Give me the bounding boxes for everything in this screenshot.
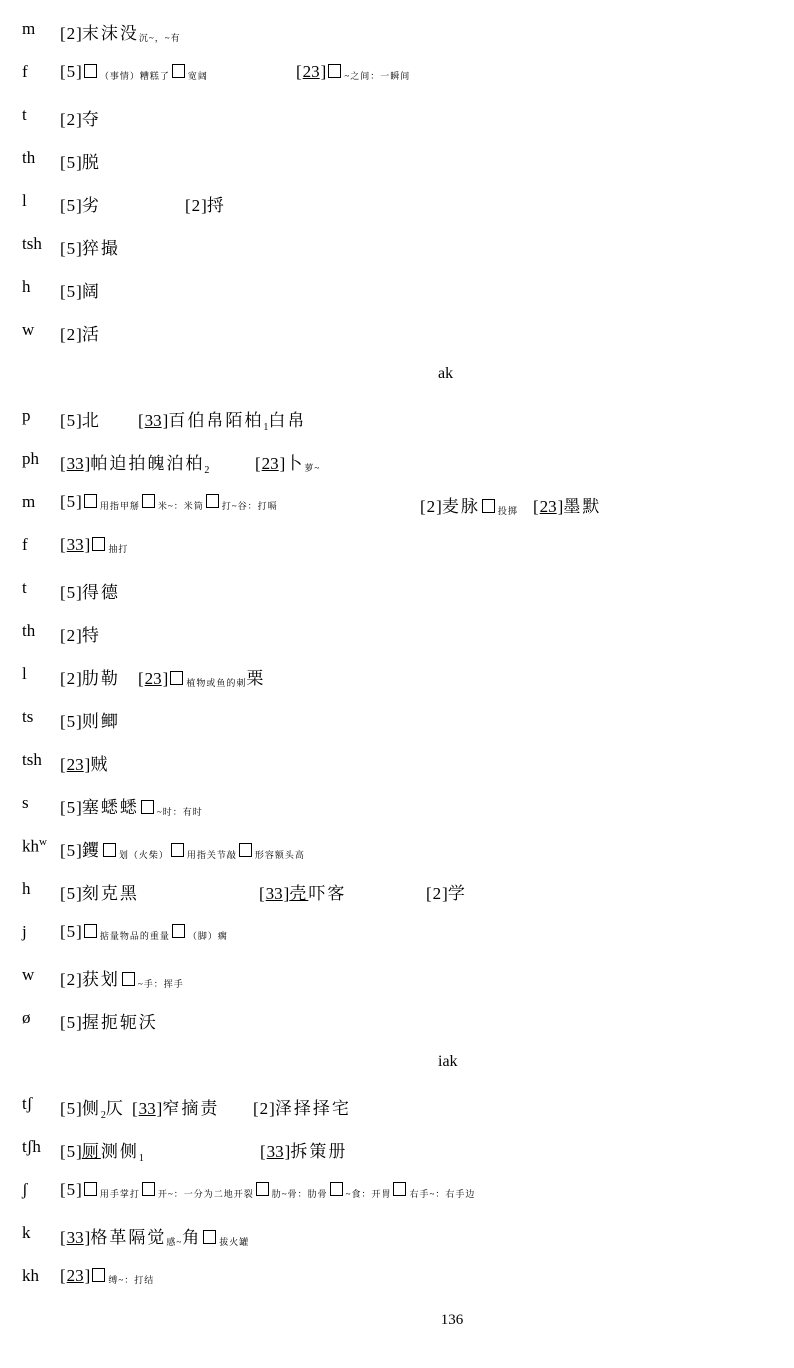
tone-number: [5]	[60, 153, 82, 172]
gloss-note: 掂量物品的重量	[100, 931, 170, 941]
tone-digits: 2	[66, 669, 77, 688]
tone-digits: 5	[66, 1180, 77, 1199]
entry-row: f[5]（事情）糟糕了宽阔[23]~之间：一瞬间	[0, 55, 794, 98]
initial-label: ph	[22, 449, 39, 469]
characters: 捋	[207, 196, 226, 215]
initial-label: w	[22, 320, 34, 340]
tone-number: [33]	[60, 1228, 90, 1247]
characters: 肋勒	[82, 669, 120, 688]
characters: 获划	[82, 970, 120, 989]
initial-label: p	[22, 406, 31, 426]
missing-char-box	[206, 494, 219, 508]
tone-digits: 2	[66, 325, 77, 344]
tone-digits: 23	[302, 62, 321, 81]
tone-number: [5]	[60, 282, 82, 301]
tone-number: [5]	[60, 884, 82, 903]
characters: 测侧	[101, 1142, 139, 1161]
tone-number: [5]	[60, 1180, 82, 1199]
missing-char-box	[170, 671, 183, 685]
tone-number: [5]	[60, 492, 82, 511]
entry: [2]捋	[185, 191, 226, 216]
tone-number: [2]	[426, 884, 448, 903]
tone-number: [2]	[60, 669, 82, 688]
characters: 夺	[82, 110, 101, 129]
gloss-note: 肋~骨：肋骨	[272, 1189, 328, 1199]
gloss-note: 感~	[166, 1237, 182, 1247]
tone-digits: 5	[66, 62, 77, 81]
character-underlined: 厕	[82, 1142, 101, 1161]
entry-row: ph[33]帕迫拍魄泊柏2[23]卜萝~	[0, 442, 794, 485]
entry: [33]拆策册	[260, 1137, 347, 1162]
tone-number: [2]	[60, 970, 82, 989]
entry: [5]钁划（火柴）用指关节敲形容额头高	[60, 836, 305, 861]
tone-number: [5]	[60, 712, 82, 731]
entry-row: w[2]活	[0, 313, 794, 356]
entry: [33]百伯帛陌柏1白帛	[138, 406, 306, 433]
entry: [33]壳吓客	[259, 879, 346, 904]
characters: 泽择择宅	[275, 1099, 351, 1118]
tone-number: [5]	[60, 239, 82, 258]
character-underlined: 壳	[289, 884, 308, 903]
entry: [33]格革隔觉感~角拔火罐	[60, 1223, 249, 1248]
tone-digits: 2	[66, 110, 77, 129]
initial-label: tʃh	[22, 1137, 41, 1157]
tone-digits: 33	[266, 1142, 285, 1161]
entry-row: h[5]阔	[0, 270, 794, 313]
entry: [5]握扼轭沃	[60, 1008, 158, 1033]
tone-digits: 5	[66, 492, 77, 511]
missing-char-box	[141, 800, 154, 814]
entry-row: ø[5]握扼轭沃	[0, 1001, 794, 1044]
initial-label: s	[22, 793, 29, 813]
characters: 塞蟋蟋	[82, 798, 139, 817]
tone-digits: 5	[66, 1099, 77, 1118]
entry-row: p[5]北[33]百伯帛陌柏1白帛	[0, 399, 794, 442]
entry: [2]末沫没沉~，~有	[60, 19, 181, 44]
initial-label: th	[22, 621, 35, 641]
entry-row: h[5]刻克黑[33]壳吓客[2]学	[0, 872, 794, 915]
tone-number: [5]	[60, 798, 82, 817]
entry: [2]获划~手：挥手	[60, 965, 184, 990]
homophone-index: 2	[204, 465, 209, 476]
initial-label: tʃ	[22, 1094, 32, 1114]
tone-digits: 5	[66, 712, 77, 731]
entry-row: tʃ[5]侧2仄[33]窄摘责[2]泽择择宅	[0, 1087, 794, 1130]
tone-number: [5]	[60, 411, 82, 430]
entry: [23]贼	[60, 750, 109, 775]
entry-row: tʃh[5]厕测侧1[33]拆策册	[0, 1130, 794, 1173]
entry: [23]卜萝~	[255, 449, 320, 474]
entry: [2]学	[426, 879, 467, 904]
tone-digits: 2	[426, 497, 437, 516]
missing-char-box	[92, 537, 105, 551]
tone-digits: 33	[144, 411, 163, 430]
entry: [5]厕测侧1	[60, 1137, 144, 1164]
entry: [5]侧2仄	[60, 1094, 125, 1121]
characters: 阔	[82, 282, 101, 301]
tone-digits: 33	[138, 1099, 157, 1118]
gloss-note: 宽阔	[188, 71, 208, 81]
gloss-note: 开~：一分为二地开裂	[158, 1189, 254, 1199]
characters: 贼	[90, 755, 109, 774]
tone-digits: 5	[66, 1013, 77, 1032]
tone-digits: 23	[66, 1266, 85, 1285]
entry-row: l[5]劣[2]捋	[0, 184, 794, 227]
missing-char-box	[171, 843, 184, 857]
tone-number: [23]	[255, 454, 285, 473]
dictionary-page: m[2]末沫没沉~，~有f[5]（事情）糟糕了宽阔[23]~之间：一瞬间t[2]…	[0, 0, 794, 1368]
initial-label: f	[22, 535, 28, 555]
tone-number: [2]	[60, 325, 82, 344]
entry-row: m[5]用指甲掰米~：米筒打~谷：打嗝[2]麦脉投掷[23]墨默	[0, 485, 794, 528]
entry-row: ʃ[5]用手掌打开~：一分为二地开裂肋~骨：肋骨~食：开胃右手~：右手边	[0, 1173, 794, 1216]
gloss-note: （事情）糟糕了	[100, 71, 170, 81]
missing-char-box	[103, 843, 116, 857]
entry-row: s[5]塞蟋蟋~时：有时	[0, 786, 794, 829]
gloss-note: 用指甲掰	[100, 501, 140, 511]
initial-label: h	[22, 277, 31, 297]
missing-char-box	[142, 494, 155, 508]
header-row: ak	[0, 356, 794, 399]
gloss-note: 用手掌打	[100, 1189, 140, 1199]
gloss-note: 形容额头高	[255, 850, 305, 860]
entry: [5]塞蟋蟋~时：有时	[60, 793, 203, 818]
gloss-note: ~时：有时	[157, 807, 203, 817]
page-number: 136	[420, 1312, 484, 1329]
tone-number: [5]	[60, 62, 82, 81]
entry-row: t[5]得德	[0, 571, 794, 614]
entry-row: th[5]脱	[0, 141, 794, 184]
initial-label: ts	[22, 707, 33, 727]
tone-digits: 2	[66, 24, 77, 43]
entry: [5]用手掌打开~：一分为二地开裂肋~骨：肋骨~食：开胃右手~：右手边	[60, 1180, 475, 1200]
missing-char-box	[393, 1182, 406, 1196]
tone-digits: 5	[66, 841, 77, 860]
characters: 百伯帛陌柏	[168, 411, 263, 430]
characters: 末沫没	[82, 24, 139, 43]
missing-char-box	[330, 1182, 343, 1196]
tone-digits: 23	[539, 497, 558, 516]
tone-digits: 5	[66, 196, 77, 215]
characters: 麦脉	[442, 497, 480, 516]
entry: [5]脱	[60, 148, 101, 173]
homophone-index: 1	[139, 1153, 144, 1164]
entry-row: tsh[23]贼	[0, 743, 794, 786]
entry-row: k[33]格革隔觉感~角拔火罐	[0, 1216, 794, 1259]
entry: [2]麦脉投掷	[420, 492, 518, 517]
entry: [2]特	[60, 621, 101, 646]
characters: 活	[82, 325, 101, 344]
entry: [5]得德	[60, 578, 120, 603]
gloss-note: 抽打	[108, 544, 128, 554]
missing-char-box	[239, 843, 252, 857]
entry-row: m[2]末沫没沉~，~有	[0, 12, 794, 55]
tone-digits: 5	[66, 411, 77, 430]
initial-label: h	[22, 879, 31, 899]
entry: [2]夺	[60, 105, 101, 130]
tone-number: [2]	[420, 497, 442, 516]
entry: [5]（事情）糟糕了宽阔	[60, 62, 208, 82]
entry: [2]泽择择宅	[253, 1094, 351, 1119]
missing-char-box	[482, 499, 495, 513]
missing-char-box	[172, 924, 185, 938]
entry-list: m[2]末沫没沉~，~有f[5]（事情）糟糕了宽阔[23]~之间：一瞬间t[2]…	[0, 12, 794, 1302]
missing-char-box	[84, 1182, 97, 1196]
entry-row: khw[5]钁划（火柴）用指关节敲形容额头高	[0, 829, 794, 872]
initial-label: m	[22, 19, 35, 39]
characters: 脱	[82, 153, 101, 172]
missing-char-box	[122, 972, 135, 986]
tone-digits: 5	[66, 153, 77, 172]
characters: 仄	[106, 1099, 125, 1118]
initial-label: j	[22, 922, 27, 942]
gloss-note: ~食：开胃	[346, 1189, 392, 1199]
tone-digits: 5	[66, 239, 77, 258]
entry-row: t[2]夺	[0, 98, 794, 141]
entry-row: kh[23]缚~：打结	[0, 1259, 794, 1302]
missing-char-box	[84, 64, 97, 78]
entry-row: tsh[5]猝撮	[0, 227, 794, 270]
gloss-note: ~手：挥手	[138, 979, 184, 989]
initial-label: t	[22, 578, 27, 598]
tone-number: [2]	[253, 1099, 275, 1118]
tone-digits: 23	[144, 669, 163, 688]
tone-number: [33]	[60, 454, 90, 473]
characters: 侧	[82, 1099, 101, 1118]
tone-number: [33]	[132, 1099, 162, 1118]
gloss-note: 打~谷：打嗝	[222, 501, 278, 511]
initial-label: l	[22, 191, 27, 211]
characters: 卜	[285, 454, 304, 473]
characters: 角	[182, 1228, 201, 1247]
entry: [5]劣	[60, 191, 101, 216]
gloss-note: 米~：米筒	[158, 501, 204, 511]
tone-number: [2]	[60, 110, 82, 129]
characters: 劣	[82, 196, 101, 215]
initial-superscript: w	[39, 836, 47, 848]
tone-digits: 33	[66, 1228, 85, 1247]
initial-label: khw	[22, 836, 47, 857]
entry: [23]植物或鱼的刺栗	[138, 664, 265, 689]
entry: [5]用指甲掰米~：米筒打~谷：打嗝	[60, 492, 278, 512]
characters: 北	[82, 411, 101, 430]
entry-row: th[2]特	[0, 614, 794, 657]
tone-number: [2]	[60, 24, 82, 43]
header-row: iak	[0, 1044, 794, 1087]
tone-digits: 5	[66, 922, 77, 941]
entry: [23]缚~：打结	[60, 1266, 154, 1286]
initial-label: tsh	[22, 750, 42, 770]
entry: [33]帕迫拍魄泊柏2	[60, 449, 209, 476]
initial-label: k	[22, 1223, 31, 1243]
tone-digits: 33	[66, 454, 85, 473]
gloss-note: 投掷	[498, 506, 518, 516]
initial-label: kh	[22, 1266, 39, 1286]
tone-digits: 5	[66, 583, 77, 602]
tone-digits: 2	[66, 970, 77, 989]
tone-number: [5]	[60, 583, 82, 602]
gloss-note: 植物或鱼的刺	[186, 678, 246, 688]
entry-row: w[2]获划~手：挥手	[0, 958, 794, 1001]
missing-char-box	[142, 1182, 155, 1196]
characters: 特	[82, 626, 101, 645]
tone-digits: 5	[66, 282, 77, 301]
entry: [5]掂量物品的重量（脚）瘸	[60, 922, 228, 942]
rime-group-header: iak	[438, 1053, 458, 1071]
characters: 窄摘责	[162, 1099, 219, 1118]
missing-char-box	[92, 1268, 105, 1282]
gloss-note: （脚）瘸	[188, 931, 228, 941]
initial-label: ʃ	[22, 1180, 28, 1200]
entry: [5]刻克黑	[60, 879, 139, 904]
entry: [33]窄摘责	[132, 1094, 219, 1119]
tone-digits: 2	[191, 196, 202, 215]
tone-digits: 5	[66, 884, 77, 903]
entry-row: j[5]掂量物品的重量（脚）瘸	[0, 915, 794, 958]
initial-label: t	[22, 105, 27, 125]
characters: 吓客	[308, 884, 346, 903]
tone-number: [33]	[138, 411, 168, 430]
tone-digits: 5	[66, 798, 77, 817]
characters: 得德	[82, 583, 120, 602]
missing-char-box	[84, 924, 97, 938]
gloss-note: 萝~	[304, 463, 320, 473]
entry: [33]抽打	[60, 535, 128, 555]
rime-group-header: ak	[438, 365, 453, 383]
tone-digits: 5	[66, 1142, 77, 1161]
tone-number: [5]	[60, 1142, 82, 1161]
initial-label: f	[22, 62, 28, 82]
missing-char-box	[256, 1182, 269, 1196]
tone-digits: 2	[66, 626, 77, 645]
tone-number: [5]	[60, 196, 82, 215]
entry: [5]北	[60, 406, 101, 431]
entry: [2]肋勒	[60, 664, 120, 689]
gloss-note: 缚~：打结	[108, 1275, 154, 1285]
initial-label: th	[22, 148, 35, 168]
missing-char-box	[172, 64, 185, 78]
characters: 刻克黑	[82, 884, 139, 903]
tone-number: [2]	[60, 626, 82, 645]
characters: 帕迫拍魄泊柏	[90, 454, 204, 473]
missing-char-box	[203, 1230, 216, 1244]
characters: 格革隔觉	[90, 1228, 166, 1247]
initial-label: tsh	[22, 234, 42, 254]
gloss-note: 划（火柴）	[119, 850, 169, 860]
characters: 墨默	[563, 497, 601, 516]
characters: 猝撮	[82, 239, 120, 258]
entry: [5]则鲫	[60, 707, 120, 732]
gloss-note: 拔火罐	[219, 1237, 249, 1247]
tone-digits: 33	[265, 884, 284, 903]
tone-digits: 2	[259, 1099, 270, 1118]
initial-label: w	[22, 965, 34, 985]
entry: [23]~之间：一瞬间	[296, 62, 410, 82]
missing-char-box	[84, 494, 97, 508]
tone-number: [23]	[296, 62, 326, 81]
tone-digits: 33	[66, 535, 85, 554]
tone-number: [5]	[60, 922, 82, 941]
tone-number: [2]	[185, 196, 207, 215]
tone-number: [33]	[60, 535, 90, 554]
gloss-note: 用指关节敲	[187, 850, 237, 860]
tone-number: [5]	[60, 1099, 82, 1118]
tone-number: [23]	[533, 497, 563, 516]
tone-digits: 2	[432, 884, 443, 903]
initial-label: ø	[22, 1008, 31, 1028]
tone-number: [23]	[138, 669, 168, 688]
tone-number: [23]	[60, 755, 90, 774]
characters: 白帛	[268, 411, 306, 430]
entry-row: l[2]肋勒[23]植物或鱼的刺栗	[0, 657, 794, 700]
entry-row: f[33]抽打	[0, 528, 794, 571]
tone-number: [33]	[259, 884, 289, 903]
entry: [2]活	[60, 320, 101, 345]
tone-digits: 23	[261, 454, 280, 473]
characters: 则鲫	[82, 712, 120, 731]
gloss-note: 沉~，~有	[139, 33, 181, 43]
entry: [23]墨默	[533, 492, 601, 517]
missing-char-box	[328, 64, 341, 78]
gloss-note: 右手~：右手边	[409, 1189, 475, 1199]
characters: 学	[448, 884, 467, 903]
initial-label: l	[22, 664, 27, 684]
entry-row: ts[5]则鲫	[0, 700, 794, 743]
tone-number: [5]	[60, 1013, 82, 1032]
initial-label: m	[22, 492, 35, 512]
characters: 钁	[82, 841, 101, 860]
tone-number: [33]	[260, 1142, 290, 1161]
gloss-note: ~之间：一瞬间	[344, 71, 410, 81]
tone-number: [23]	[60, 1266, 90, 1285]
tone-number: [5]	[60, 841, 82, 860]
tone-digits: 23	[66, 755, 85, 774]
characters: 拆策册	[290, 1142, 347, 1161]
entry: [5]阔	[60, 277, 101, 302]
entry: [5]猝撮	[60, 234, 120, 259]
characters: 栗	[246, 669, 265, 688]
characters: 握扼轭沃	[82, 1013, 158, 1032]
